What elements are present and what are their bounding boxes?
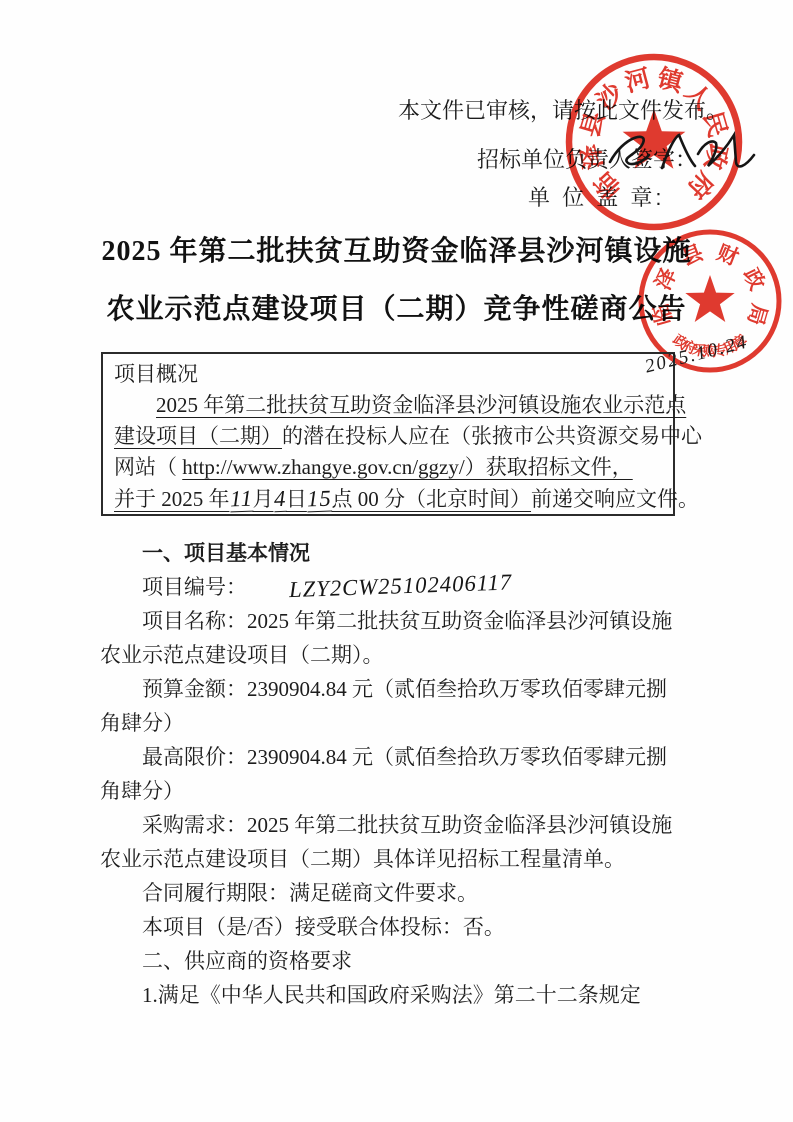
text-segment: 农业示范点建设项目（二期）具体详见招标工程量清单。 xyxy=(100,847,625,871)
text-line: 角肆分） xyxy=(100,706,720,740)
text-segment: 农业示范点建设项目（二期）。 xyxy=(100,643,384,667)
text-line: 2025 年第二批扶贫互助资金临泽县沙河镇设施农业示范点 xyxy=(114,390,662,421)
document-page: 本文件已审核，请按此文件发布。 招标单位负责人签字： 单 位 盖 章: 临泽县沙… xyxy=(0,0,793,1122)
text-segment: 前递交响应文件。 xyxy=(531,487,699,511)
text-segment: http://www.zhangye.gov.cn/ggzy/）获取招标文件， xyxy=(182,455,632,479)
text-line: 预算金额：2390904.84 元（贰佰叁拾玖万零玖佰零肆元捌 xyxy=(100,672,720,706)
text-segment: 点 00 分（北京时间） xyxy=(332,487,532,511)
seal-ring-character: 县 xyxy=(678,240,706,270)
seal-ring-character: 局 xyxy=(743,301,772,328)
text-segment: 预算金额：2390904.84 元（贰佰叁拾玖万零玖佰零肆元捌 xyxy=(142,677,667,701)
text-segment: 并于 2025 年 xyxy=(114,487,230,511)
text-line: 采购需求：2025 年第二批扶贫互助资金临泽县沙河镇设施 xyxy=(100,808,720,842)
text-segment: 角肆分） xyxy=(100,711,184,735)
handwritten-text: 11 xyxy=(229,483,253,515)
text-segment: 的潜在投标人应在（张掖市公共资源交易中心 xyxy=(282,424,702,448)
handwritten-text: 4 xyxy=(273,483,286,514)
text-line: 合同履行期限：满足磋商文件要求。 xyxy=(100,876,720,910)
seal-ring-character: 政 xyxy=(739,264,770,293)
text-segment: 角肆分） xyxy=(100,779,184,803)
text-line: 本项目（是/否）接受联合体投标：否。 xyxy=(100,910,720,944)
seal-ring-character: 财 xyxy=(714,240,742,270)
text-segment: 一、项目基本情况 xyxy=(142,541,310,565)
leader-signature-handwriting xyxy=(602,126,762,188)
text-segment: 月 xyxy=(253,487,274,511)
text-line: 最高限价：2390904.84 元（贰佰叁拾玖万零玖佰零肆元捌 xyxy=(100,740,720,774)
text-segment: 采购需求：2025 年第二批扶贫互助资金临泽县沙河镇设施 xyxy=(142,813,672,837)
text-line: 并于 2025 年11月4日15点 00 分（北京时间）前递交响应文件。 xyxy=(114,483,662,515)
text-line: 项目名称：2025 年第二批扶贫互助资金临泽县沙河镇设施 xyxy=(100,604,720,638)
text-segment: 1.满足《中华人民共和国政府采购法》第二十二条规定 xyxy=(142,983,641,1007)
handwritten-text: 15 xyxy=(306,483,332,515)
text-segment: 二、供应商的资格要求 xyxy=(142,949,352,973)
text-segment: 合同履行期限：满足磋商文件要求。 xyxy=(142,881,478,905)
text-segment: 项目名称：2025 年第二批扶贫互助资金临泽县沙河镇设施 xyxy=(142,609,672,633)
text-line: 一、项目基本情况 xyxy=(100,536,720,570)
seal-ring-character: 镇 xyxy=(655,64,688,98)
text-segment: 网站（ xyxy=(114,455,182,479)
seal-ring-character: 河 xyxy=(622,64,653,97)
text-segment: 日 xyxy=(286,487,307,511)
text-line: 农业示范点建设项目（二期）具体详见招标工程量清单。 xyxy=(100,842,720,876)
text-line: 项目编号：LZY2CW25102406117 xyxy=(100,570,720,604)
seal-ring-character: 临 xyxy=(648,301,677,328)
text-segment: 最高限价：2390904.84 元（贰佰叁拾玖万零玖佰零肆元捌 xyxy=(142,745,667,769)
text-segment: 本项目（是/否）接受联合体投标：否。 xyxy=(142,915,505,939)
overview-heading: 项目概况 xyxy=(114,359,662,390)
text-line: 农业示范点建设项目（二期）。 xyxy=(100,638,720,672)
project-overview-box: 项目概况 2025 年第二批扶贫互助资金临泽县沙河镇设施农业示范点建设项目（二期… xyxy=(101,352,675,516)
text-line: 角肆分） xyxy=(100,774,720,808)
text-segment: 2025 年第二批扶贫互助资金临泽县沙河镇设施农业示范点 xyxy=(156,393,686,417)
text-line: 二、供应商的资格要求 xyxy=(100,944,720,978)
overview-paragraph: 2025 年第二批扶贫互助资金临泽县沙河镇设施农业示范点建设项目（二期）的潜在投… xyxy=(114,390,662,515)
seal-star-icon xyxy=(685,275,734,322)
handwritten-text: LZY2CW25102406117 xyxy=(246,565,512,608)
text-line: 1.满足《中华人民共和国政府采购法》第二十二条规定 xyxy=(100,978,720,1012)
text-segment: 项目编号： xyxy=(142,575,247,599)
announcement-body: 一、项目基本情况项目编号：LZY2CW25102406117项目名称：2025 … xyxy=(100,536,720,1012)
text-segment: 建设项目（二期） xyxy=(114,424,282,448)
seal-ring-character: 泽 xyxy=(651,264,682,293)
text-line: 网站（ http://www.zhangye.gov.cn/ggzy/）获取招标… xyxy=(114,452,662,483)
text-line: 建设项目（二期）的潜在投标人应在（张掖市公共资源交易中心 xyxy=(114,421,662,452)
